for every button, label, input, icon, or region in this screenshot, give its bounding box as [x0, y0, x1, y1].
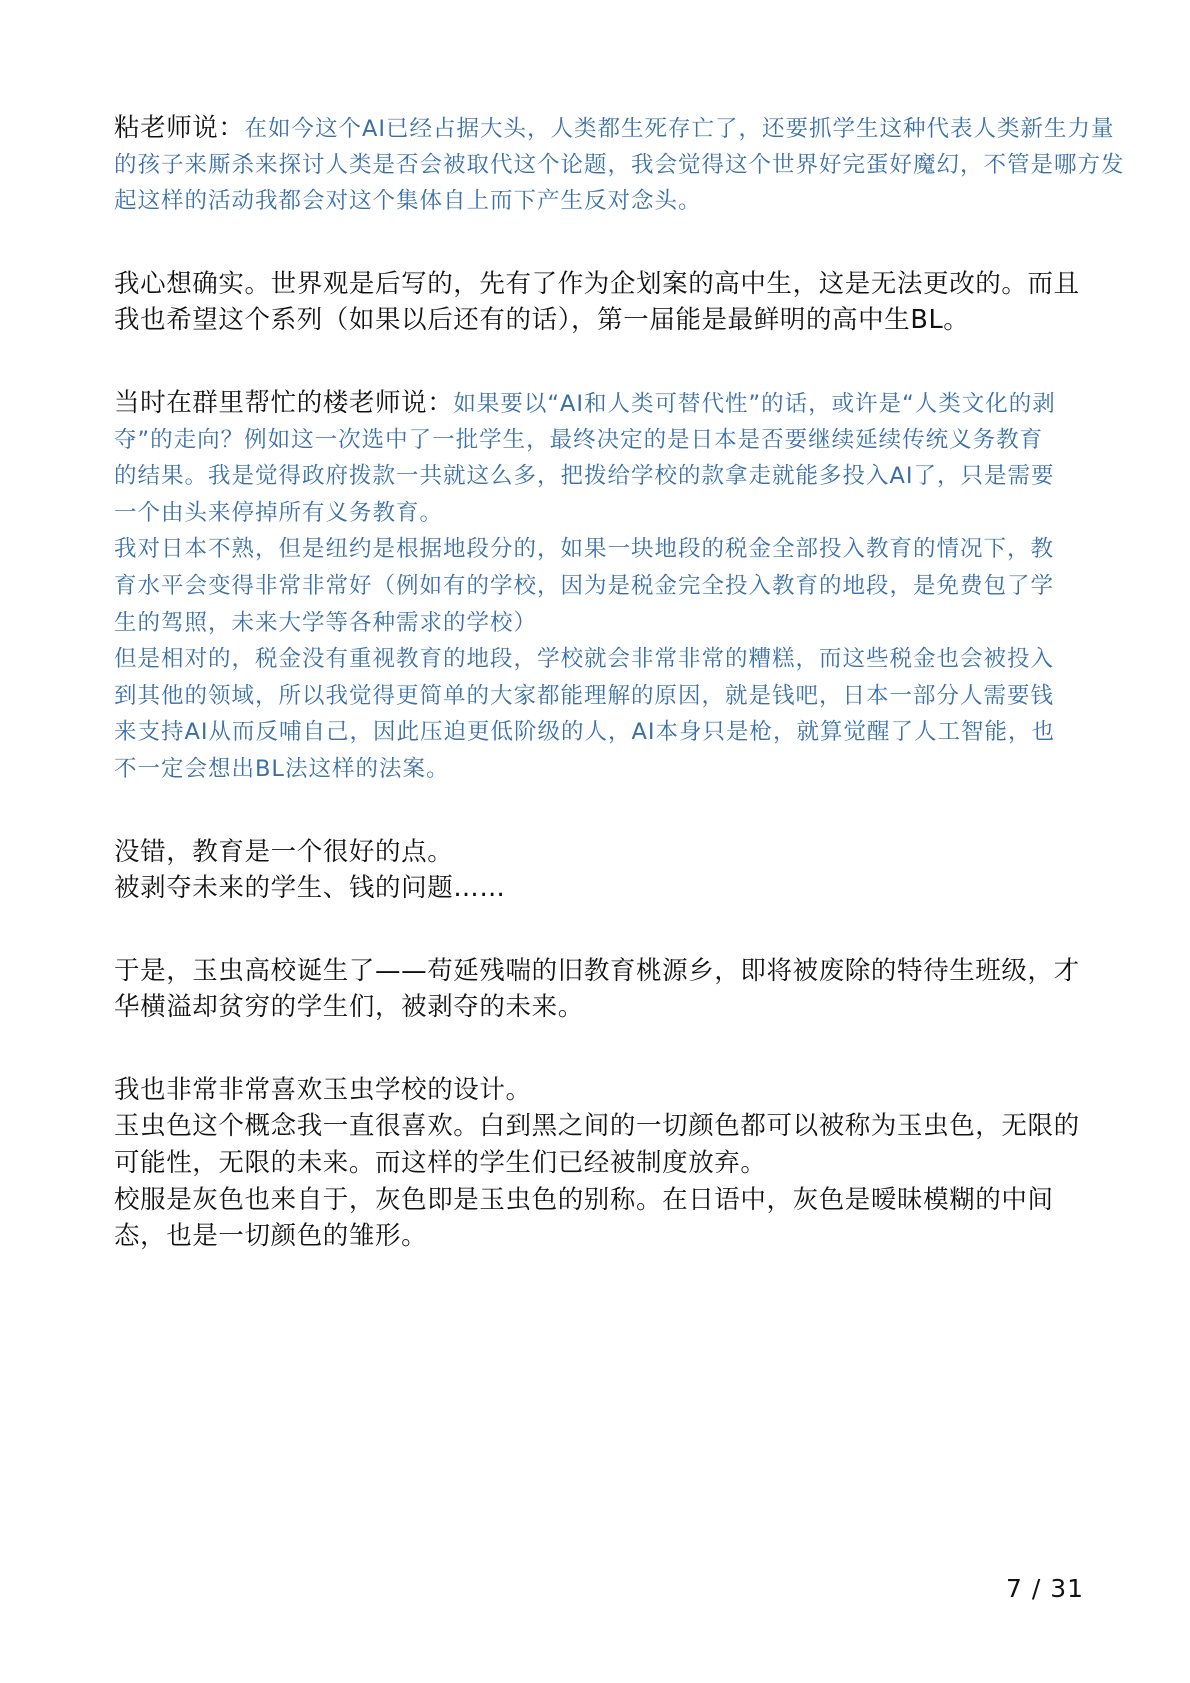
body-paragraph: 没错，教育是一个很好的点。 被剥夺未来的学生、钱的问题…… [114, 834, 1082, 907]
quote-text: 来支持AI从而反哺自己，因此压迫更低阶级的人，AI本身只是枪，就算觉醒了人工智能… [114, 714, 1082, 751]
body-text: 玉虫色这个概念我一直很喜欢。白到黑之间的一切颜色都可以被称为玉虫色，无限的 [114, 1108, 1082, 1145]
paragraph-gap [114, 907, 1082, 953]
speaker-label: 当时在群里帮忙的楼老师说： [114, 388, 453, 418]
body-text: 校服是灰色也来自于，灰色即是玉虫色的别称。在日语中，灰色是暧昧模糊的中间 [114, 1182, 1082, 1219]
quote-text: 生的驾照，未来大学等各种需求的学校） [114, 605, 1082, 642]
quote-text: 夺”的走向？例如这一次选中了一批学生，最终决定的是日本是否要继续延续传统义务教育 [114, 422, 1082, 459]
quote-text: 的孩子来厮杀来探讨人类是否会被取代这个论题，我会觉得这个世界好完蛋好魔幻，不管是… [114, 147, 1082, 184]
body-text: 华横溢却贫穷的学生们，被剥夺的未来。 [114, 989, 1082, 1026]
quote-text: 到其他的领域，所以我觉得更简单的大家都能理解的原因，就是钱吧，日本一部分人需要钱 [114, 678, 1082, 715]
speaker-label: 粘老师说： [114, 113, 245, 143]
body-paragraph: 我也非常非常喜欢玉虫学校的设计。 玉虫色这个概念我一直很喜欢。白到黑之间的一切颜… [114, 1072, 1082, 1255]
body-text: 于是，玉虫高校诞生了——苟延残喘的旧教育桃源乡，即将被废除的特待生班级，才 [114, 953, 1082, 990]
quote-paragraph-lou: 当时在群里帮忙的楼老师说：如果要以“AI和人类可替代性”的话，或许是“人类文化的… [114, 385, 1082, 788]
quote-text: 的结果。我是觉得政府拨款一共就这么多，把拨给学校的款拿走就能多投入AI了，只是需… [114, 458, 1082, 495]
quote-text: 我对日本不熟，但是纽约是根据地段分的，如果一块地段的税金全部投入教育的情况下，教 [114, 531, 1082, 568]
quote-text: 在如今这个AI已经占据大头，人类都生死存亡了，还要抓学生这种代表人类新生力量 [245, 116, 1115, 142]
paragraph-gap [114, 220, 1082, 266]
paragraph-gap [114, 788, 1082, 834]
paragraph-gap [114, 1026, 1082, 1072]
page-number: 7 / 31 [1006, 1574, 1084, 1603]
quote-text: 起这样的活动我都会对这个集体自上而下产生反对念头。 [114, 183, 1082, 220]
body-paragraph: 我心想确实。世界观是后写的，先有了作为企划案的高中生，这是无法更改的。而且 我也… [114, 266, 1082, 339]
body-text: 我也希望这个系列（如果以后还有的话），第一届能是最鲜明的高中生BL。 [114, 302, 1082, 339]
body-text: 我心想确实。世界观是后写的，先有了作为企划案的高中生，这是无法更改的。而且 [114, 266, 1082, 303]
quote-text: 育水平会变得非常非常好（例如有的学校，因为是税金完全投入教育的地段，是免费包了学 [114, 568, 1082, 605]
body-text: 我也非常非常喜欢玉虫学校的设计。 [114, 1072, 1082, 1109]
body-text: 没错，教育是一个很好的点。 [114, 834, 1082, 871]
quote-text: 一个由头来停掉所有义务教育。 [114, 495, 1082, 532]
quote-paragraph-nian: 粘老师说：在如今这个AI已经占据大头，人类都生死存亡了，还要抓学生这种代表人类新… [114, 110, 1082, 220]
quote-text: 但是相对的，税金没有重视教育的地段，学校就会非常非常的糟糕，而这些税金也会被投入 [114, 641, 1082, 678]
body-text: 被剥夺未来的学生、钱的问题…… [114, 870, 1082, 907]
quote-text: 如果要以“AI和人类可替代性”的话，或许是“人类文化的剥 [453, 391, 1056, 417]
quote-text: 不一定会想出BL法这样的法案。 [114, 751, 1082, 788]
document-page: 粘老师说：在如今这个AI已经占据大头，人类都生死存亡了，还要抓学生这种代表人类新… [114, 110, 1082, 1255]
paragraph-gap [114, 339, 1082, 385]
body-text: 可能性，无限的未来。而这样的学生们已经被制度放弃。 [114, 1145, 1082, 1182]
body-text: 态，也是一切颜色的雏形。 [114, 1218, 1082, 1255]
body-paragraph: 于是，玉虫高校诞生了——苟延残喘的旧教育桃源乡，即将被废除的特待生班级，才 华横… [114, 953, 1082, 1026]
